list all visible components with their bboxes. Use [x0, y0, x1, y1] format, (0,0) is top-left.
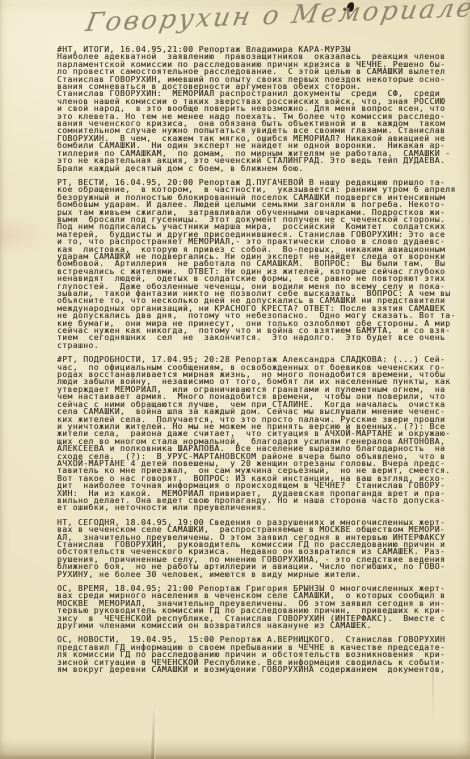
- paragraph: #НТ, ИТОГИ, 16.04.95,21:00 Репортаж Влад…: [57, 46, 461, 172]
- handwritten-note: Говорухин о Мемориале: [83, 0, 468, 38]
- scanned-document-page: Говорухин о Мемориале #НТ, ИТОГИ, 16.04.…: [0, 0, 470, 759]
- paragraph: ОС, НОВОСТИ, 19.04.95, 15:00 Репортаж А.…: [57, 636, 461, 673]
- paragraph: НТ, СЕГОДНЯ, 18.04.95, 19:00 Сведения о …: [57, 519, 461, 578]
- paragraph: #РТ, ПОДРОБНОСТИ, 17.04.95; 20:28 Репорт…: [57, 356, 461, 512]
- paragraph: ОС, ВРЕМЯ, 18.04.95; 21:00 Репортаж Григ…: [57, 585, 461, 629]
- paper-crease: [151, 707, 156, 759]
- paragraph: РТ, ВЕСТИ, 16.04.95, 20:00 Репортаж Д.ПУ…: [57, 179, 461, 349]
- typewritten-text-block: #НТ, ИТОГИ, 16.04.95,21:00 Репортаж Влад…: [57, 46, 461, 681]
